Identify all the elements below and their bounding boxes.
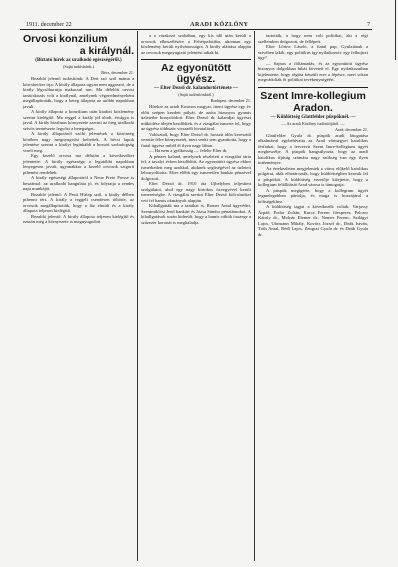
paragraph: Bezabló jelentő: A Pesti Hírlap szól, a … [23, 192, 134, 214]
continued-text: Elter Lőrinc László, a fiatal pap, Gyula… [258, 44, 368, 61]
paragraph: A püspök megígérte, hogy a kollegium ügy… [258, 188, 368, 205]
headline-line1: Orvosi konzilium [23, 34, 134, 45]
dateline: Budapest, december 21. [141, 98, 251, 103]
continued-text: — Sajnos a föltámadás, és az egyonütött … [258, 61, 368, 83]
subheadline: — Küldöttség Glattfelder püspöknél. — [258, 115, 368, 120]
columns: Orvosi konzilium a királynál. (Biztató h… [20, 31, 372, 561]
paragraph: Egy kezelő orvosa ma délután a következő… [23, 153, 134, 175]
headline: Az egyonütött ügyész. [141, 63, 251, 85]
paragraph: A király egészségi állapotáról a Neue Fr… [23, 175, 134, 192]
paragraph: Bezabló jelentő: A király állapota telje… [23, 214, 134, 225]
dateline: Bécs, december 21. [23, 70, 134, 75]
column-1: Orvosi konzilium a királynál. (Biztató h… [20, 31, 137, 561]
article-orvosi-konzilium: Orvosi konzilium a királynál. (Biztató h… [23, 34, 134, 225]
paragraph: Kihallgatták ma a tanúkat is. Romer Anta… [141, 203, 251, 225]
headline-line2: a királynál. [23, 46, 134, 57]
source-note: (Saját tudósítónktól.) [141, 92, 251, 97]
paragraph: A király állapotáról szóló jelentések a … [23, 131, 134, 153]
article-divider [258, 87, 368, 88]
article-divider [141, 59, 251, 60]
headline-line2: Aradon. [258, 103, 368, 114]
paragraph: A pénzes kaland, amelynek részleteit a v… [141, 154, 251, 182]
column-3: tartották, a hogy nem volt politikai, ak… [254, 31, 371, 561]
running-header: 1911. december 22 ARADI KÖZLÖNY 7 [20, 18, 372, 30]
source-note: (Saját tudósítónk.) [23, 64, 134, 69]
headline-line1: Szent Imre-kollegium [258, 91, 368, 102]
masthead-title: ARADI KÖZLÖNY [190, 22, 248, 28]
paragraph: Hírekre az aradi Kosmos magyar, itteni ü… [141, 104, 251, 132]
paragraph: Glattfelder Gyula dr. püspök aradi látog… [258, 133, 368, 166]
paragraph: Bezabló jelentő tudósítónk: A Dett szó s… [23, 76, 134, 109]
continued-text: tartották, a hogy nem volt politikai, ak… [258, 33, 368, 44]
paragraph: A király állapota a konzilium után kiado… [23, 109, 134, 131]
paragraph: Valószínű, hogy Elter Dezső dr. hosszú i… [141, 132, 251, 149]
continued-text: a a várakozó szobában, egy kis idő után … [141, 33, 251, 55]
subheadline: — Elter Dezső dr. kalandortörténete — [141, 86, 251, 91]
source-note: — Az aradi Közlöny tudósítójától. — [258, 121, 368, 126]
newspaper-page: 1911. december 22 ARADI KÖZLÖNY 7 Orvosi… [20, 18, 372, 563]
issue-date: 1911. december 22 [26, 22, 72, 28]
paragraph: A küldöttség tagjai a következők voltak:… [258, 204, 368, 237]
paragraph: Az értekezleten megjelentek a város elők… [258, 166, 368, 188]
article-szent-imre-kollegium: Szent Imre-kollegium Aradon. — Küldöttsé… [258, 91, 368, 238]
continued-article: tartották, a hogy nem volt politikai, ak… [258, 33, 368, 83]
page-number: 7 [367, 22, 370, 28]
subheadline: (Biztató hírek az uralkodó egészségéről.… [23, 58, 134, 63]
article-egyonutott-ugyesz: Az egyonütött ügyész. — Elter Dezső dr. … [141, 63, 251, 225]
column-2: a a várakozó szobában, egy kis idő után … [137, 31, 254, 561]
dateline: Arad, december 21. [258, 127, 368, 132]
page-edge-line [395, 0, 396, 60]
paragraph: Elter Dezső dr. 1910 óta Ujhelyben telje… [141, 181, 251, 203]
